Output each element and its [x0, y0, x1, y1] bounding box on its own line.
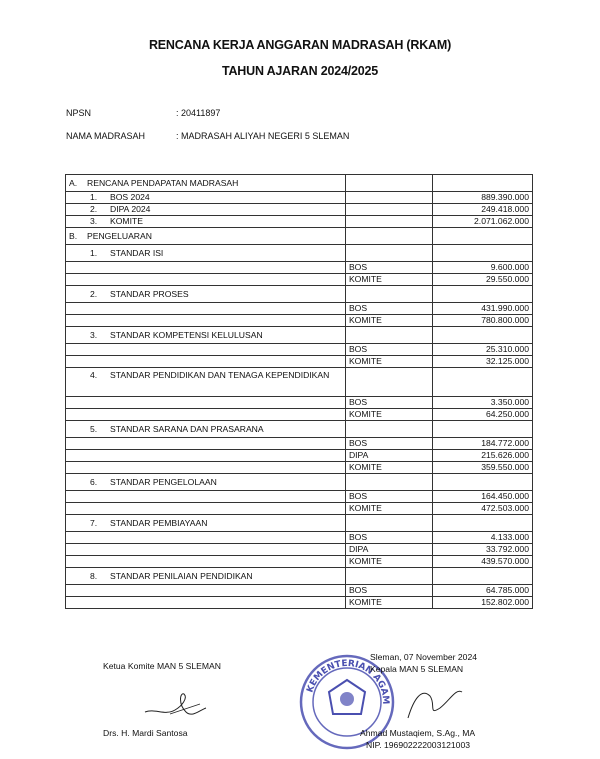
standard-title: 6.STANDAR PENGELOLAAN: [66, 474, 346, 491]
funding-source: BOS: [345, 344, 432, 356]
income-amount: 889.390.000: [432, 192, 532, 204]
standard-label: STANDAR SARANA DAN PRASARANA: [110, 424, 264, 434]
funding-source: BOS: [345, 532, 432, 544]
expense-amount: 33.792.000: [432, 544, 532, 556]
document-subtitle: TAHUN AJARAN 2024/2025: [0, 64, 600, 78]
empty-cell: [66, 532, 346, 544]
expense-row: BOS431.990.000: [66, 303, 533, 315]
standard-number: 6.: [90, 474, 110, 490]
expense-row: BOS64.785.000: [66, 585, 533, 597]
standard-title: 1.STANDAR ISI: [66, 245, 346, 262]
empty-cell: [345, 204, 432, 216]
standard-number: 5.: [90, 421, 110, 437]
empty-cell: [66, 303, 346, 315]
funding-source: KOMITE: [345, 556, 432, 568]
standard-header-row: 4.STANDAR PENDIDIKAN DAN TENAGA KEPENDID…: [66, 368, 533, 397]
expense-amount: 359.550.000: [432, 462, 532, 474]
income-label: 1.BOS 2024: [66, 192, 346, 204]
empty-cell: [432, 327, 532, 344]
income-label: 2.DIPA 2024: [66, 204, 346, 216]
committee-chair-title: Ketua Komite MAN 5 SLEMAN: [103, 661, 221, 671]
document-title: RENCANA KERJA ANGGARAN MADRASAH (RKAM): [0, 38, 600, 52]
funding-source: BOS: [345, 585, 432, 597]
section-title: PENGELUARAN: [87, 231, 152, 241]
empty-cell: [432, 421, 532, 438]
expense-row: KOMITE64.250.000: [66, 409, 533, 421]
section-b-title: B.PENGELUARAN: [66, 228, 346, 245]
expense-amount: 25.310.000: [432, 344, 532, 356]
expense-row: KOMITE32.125.000: [66, 356, 533, 368]
empty-cell: [432, 175, 532, 192]
expense-row: KOMITE359.550.000: [66, 462, 533, 474]
item-number: 1.: [90, 192, 110, 203]
income-amount: 249.418.000: [432, 204, 532, 216]
standard-header-row: 1.STANDAR ISI: [66, 245, 533, 262]
standard-number: 1.: [90, 245, 110, 261]
funding-source: BOS: [345, 438, 432, 450]
funding-source: BOS: [345, 397, 432, 409]
expense-amount: 29.550.000: [432, 274, 532, 286]
empty-cell: [66, 450, 346, 462]
expense-amount: 32.125.000: [432, 356, 532, 368]
madrasah-name-value: : MADRASAH ALIYAH NEGERI 5 SLEMAN: [176, 131, 349, 141]
empty-cell: [345, 474, 432, 491]
standard-label: STANDAR PENDIDIKAN DAN TENAGA KEPENDIDIK…: [110, 370, 329, 380]
empty-cell: [66, 544, 346, 556]
standard-title: 5.STANDAR SARANA DAN PRASARANA: [66, 421, 346, 438]
expense-amount: 3.350.000: [432, 397, 532, 409]
empty-cell: [66, 585, 346, 597]
empty-cell: [345, 286, 432, 303]
expense-amount: 64.785.000: [432, 585, 532, 597]
funding-source: BOS: [345, 491, 432, 503]
expense-amount: 431.990.000: [432, 303, 532, 315]
empty-cell: [66, 503, 346, 515]
standard-header-row: 8.STANDAR PENILAIAN PENDIDIKAN: [66, 568, 533, 585]
income-label: 3.KOMITE: [66, 216, 346, 228]
standard-title: 8.STANDAR PENILAIAN PENDIDIKAN: [66, 568, 346, 585]
expense-amount: 64.250.000: [432, 409, 532, 421]
standard-title: 3.STANDAR KOMPETENSI KELULUSAN: [66, 327, 346, 344]
section-a-title: A.RENCANA PENDAPATAN MADRASAH: [66, 175, 346, 192]
section-letter: B.: [69, 228, 87, 244]
expense-amount: 215.626.000: [432, 450, 532, 462]
expense-row: DIPA33.792.000: [66, 544, 533, 556]
expense-amount: 9.600.000: [432, 262, 532, 274]
expense-amount: 472.503.000: [432, 503, 532, 515]
empty-cell: [345, 368, 432, 397]
madrasah-name-row: NAMA MADRASAH: MADRASAH ALIYAH NEGERI 5 …: [66, 131, 349, 141]
section-title: RENCANA PENDAPATAN MADRASAH: [87, 178, 238, 188]
expense-row: KOMITE780.800.000: [66, 315, 533, 327]
principal-signature-icon: [400, 678, 470, 728]
empty-cell: [432, 474, 532, 491]
empty-cell: [66, 356, 346, 368]
standard-label: STANDAR PENGELOLAAN: [110, 477, 217, 487]
section-a-header: A.RENCANA PENDAPATAN MADRASAH: [66, 175, 533, 192]
principal-name: Ahmad Mustaqiem, S.Ag., MA: [360, 728, 475, 738]
funding-source: BOS: [345, 303, 432, 315]
section-b-header: B.PENGELUARAN: [66, 228, 533, 245]
madrasah-name-label: NAMA MADRASAH: [66, 131, 176, 141]
empty-cell: [66, 344, 346, 356]
income-row: 3.KOMITE2.071.062.000: [66, 216, 533, 228]
standard-header-row: 6.STANDAR PENGELOLAAN: [66, 474, 533, 491]
empty-cell: [66, 462, 346, 474]
funding-source: KOMITE: [345, 597, 432, 609]
empty-cell: [345, 327, 432, 344]
standard-label: STANDAR PEMBIAYAAN: [110, 518, 207, 528]
expense-amount: 164.450.000: [432, 491, 532, 503]
standard-header-row: 5.STANDAR SARANA DAN PRASARANA: [66, 421, 533, 438]
standard-title: 4.STANDAR PENDIDIKAN DAN TENAGA KEPENDID…: [66, 368, 346, 397]
expense-row: KOMITE29.550.000: [66, 274, 533, 286]
standard-number: 7.: [90, 515, 110, 531]
empty-cell: [66, 262, 346, 274]
funding-source: KOMITE: [345, 409, 432, 421]
expense-row: BOS25.310.000: [66, 344, 533, 356]
expense-row: BOS184.772.000: [66, 438, 533, 450]
empty-cell: [345, 216, 432, 228]
npsn-row: NPSN: 20411897: [66, 108, 220, 118]
empty-cell: [432, 368, 532, 397]
committee-chair-name: Drs. H. Mardi Santosa: [103, 728, 188, 738]
income-row: 1.BOS 2024889.390.000: [66, 192, 533, 204]
item-number: 3.: [90, 216, 110, 227]
signing-date: Sleman, 07 November 2024: [370, 652, 477, 662]
principal-title: Kepala MAN 5 SLEMAN: [370, 664, 463, 674]
empty-cell: [345, 515, 432, 532]
expense-amount: 4.133.000: [432, 532, 532, 544]
funding-source: KOMITE: [345, 503, 432, 515]
empty-cell: [345, 245, 432, 262]
empty-cell: [66, 556, 346, 568]
expense-row: BOS164.450.000: [66, 491, 533, 503]
expense-row: DIPA215.626.000: [66, 450, 533, 462]
funding-source: DIPA: [345, 544, 432, 556]
standard-title: 7.STANDAR PEMBIAYAAN: [66, 515, 346, 532]
item-label: KOMITE: [110, 216, 143, 226]
expense-amount: 780.800.000: [432, 315, 532, 327]
item-label: BOS 2024: [110, 192, 150, 202]
expense-row: KOMITE472.503.000: [66, 503, 533, 515]
empty-cell: [66, 597, 346, 609]
empty-cell: [432, 568, 532, 585]
item-number: 2.: [90, 204, 110, 215]
standard-header-row: 3.STANDAR KOMPETENSI KELULUSAN: [66, 327, 533, 344]
expense-row: KOMITE152.802.000: [66, 597, 533, 609]
standard-header-row: 2.STANDAR PROSES: [66, 286, 533, 303]
expense-row: BOS4.133.000: [66, 532, 533, 544]
empty-cell: [432, 286, 532, 303]
income-row: 2.DIPA 2024249.418.000: [66, 204, 533, 216]
funding-source: KOMITE: [345, 274, 432, 286]
empty-cell: [345, 228, 432, 245]
expense-row: BOS3.350.000: [66, 397, 533, 409]
budget-table: A.RENCANA PENDAPATAN MADRASAH1.BOS 20248…: [65, 174, 533, 609]
committee-signature-icon: [140, 690, 210, 726]
standard-label: STANDAR PENILAIAN PENDIDIKAN: [110, 571, 253, 581]
empty-cell: [345, 175, 432, 192]
principal-nip: NIP. 196902222003121003: [366, 740, 470, 750]
npsn-label: NPSN: [66, 108, 176, 118]
funding-source: DIPA: [345, 450, 432, 462]
empty-cell: [66, 315, 346, 327]
standard-number: 4.: [90, 370, 110, 381]
empty-cell: [345, 421, 432, 438]
empty-cell: [66, 397, 346, 409]
funding-source: KOMITE: [345, 462, 432, 474]
npsn-value: : 20411897: [176, 108, 220, 118]
empty-cell: [66, 438, 346, 450]
funding-source: KOMITE: [345, 356, 432, 368]
expense-amount: 439.570.000: [432, 556, 532, 568]
expense-amount: 152.802.000: [432, 597, 532, 609]
expense-row: BOS9.600.000: [66, 262, 533, 274]
standard-number: 2.: [90, 286, 110, 302]
funding-source: KOMITE: [345, 315, 432, 327]
funding-source: BOS: [345, 262, 432, 274]
standard-number: 8.: [90, 568, 110, 584]
section-letter: A.: [69, 175, 87, 191]
empty-cell: [432, 515, 532, 532]
standard-title: 2.STANDAR PROSES: [66, 286, 346, 303]
empty-cell: [66, 491, 346, 503]
empty-cell: [345, 192, 432, 204]
standard-label: STANDAR KOMPETENSI KELULUSAN: [110, 330, 263, 340]
empty-cell: [345, 568, 432, 585]
empty-cell: [66, 409, 346, 421]
standard-header-row: 7.STANDAR PEMBIAYAAN: [66, 515, 533, 532]
standard-label: STANDAR PROSES: [110, 289, 189, 299]
empty-cell: [432, 245, 532, 262]
item-label: DIPA 2024: [110, 204, 150, 214]
expense-amount: 184.772.000: [432, 438, 532, 450]
empty-cell: [66, 274, 346, 286]
expense-row: KOMITE439.570.000: [66, 556, 533, 568]
standard-label: STANDAR ISI: [110, 248, 163, 258]
standard-number: 3.: [90, 327, 110, 343]
empty-cell: [432, 228, 532, 245]
income-amount: 2.071.062.000: [432, 216, 532, 228]
